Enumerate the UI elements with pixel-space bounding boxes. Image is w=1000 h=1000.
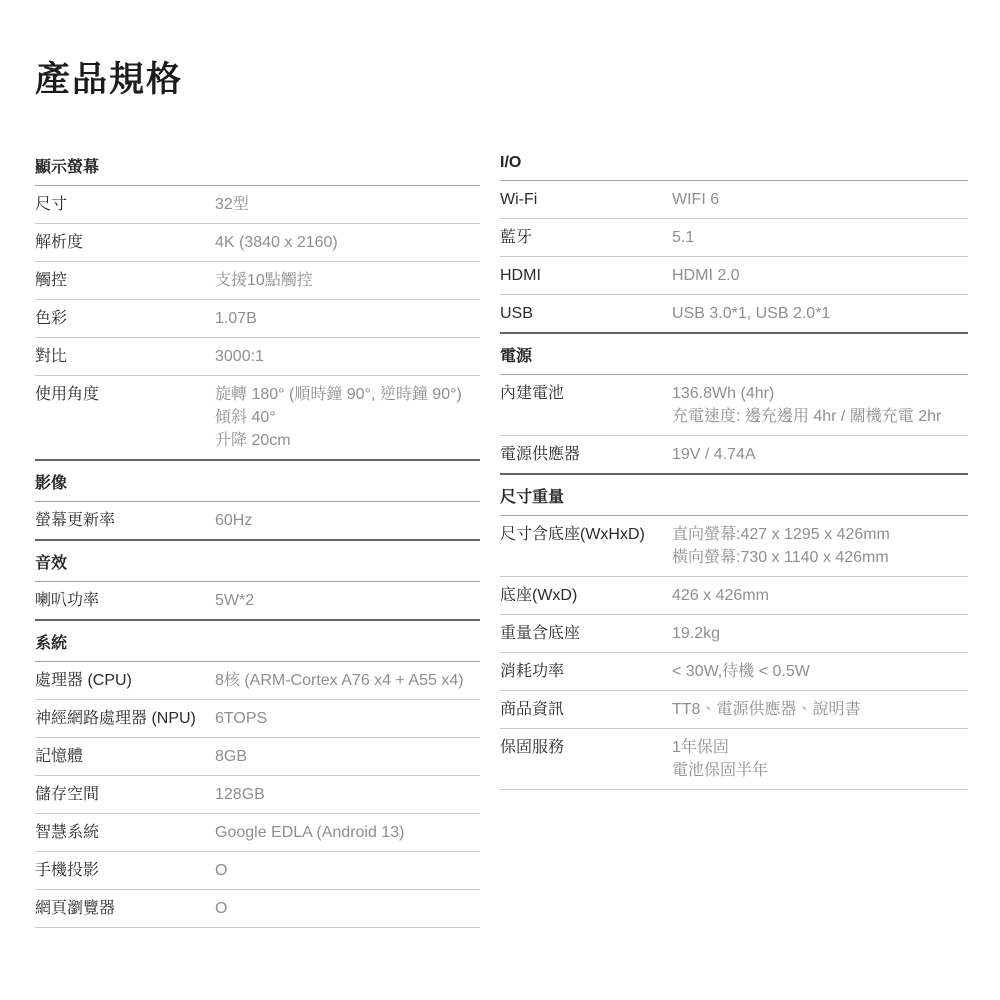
spec-value: 136.8Wh (4hr)充電速度: 邊充邊用 4hr / 關機充電 2hr (672, 382, 968, 428)
spec-row: 儲存空間128GB (35, 776, 480, 814)
spec-value: 8核 (ARM-Cortex A76 x4 + A55 x4) (215, 669, 480, 692)
spec-value-line: Google EDLA (Android 13) (215, 821, 480, 844)
spec-columns: 顯示螢幕尺寸32型解析度4K (3840 x 2160)觸控支援10點觸控色彩1… (35, 145, 970, 928)
spec-row: 商品資訊TT8、電源供應器、說明書 (500, 691, 968, 729)
spec-value: HDMI 2.0 (672, 264, 968, 287)
spec-label: 藍牙 (500, 226, 672, 249)
spec-value-line: 旋轉 180° (順時鐘 90°, 逆時鐘 90°) (215, 383, 480, 406)
spec-row: 尺寸32型 (35, 186, 480, 224)
spec-value: 128GB (215, 783, 480, 806)
spec-row: 內建電池136.8Wh (4hr)充電速度: 邊充邊用 4hr / 關機充電 2… (500, 375, 968, 436)
spec-value-line: HDMI 2.0 (672, 264, 968, 287)
spec-value: 6TOPS (215, 707, 480, 730)
spec-section: 顯示螢幕尺寸32型解析度4K (3840 x 2160)觸控支援10點觸控色彩1… (35, 145, 480, 459)
spec-value: 5.1 (672, 226, 968, 249)
spec-row: 消耗功率< 30W,待機 < 0.5W (500, 653, 968, 691)
spec-value-line: 60Hz (215, 509, 480, 532)
spec-label: 使用角度 (35, 383, 215, 406)
spec-value: 60Hz (215, 509, 480, 532)
spec-value-line: 升降 20cm (215, 429, 480, 452)
spec-label: 尺寸含底座(WxHxD) (500, 523, 672, 546)
section-header: 電源 (500, 332, 968, 375)
spec-value-line: 5W*2 (215, 589, 480, 612)
spec-row: USBUSB 3.0*1, USB 2.0*1 (500, 295, 968, 332)
spec-row: Wi-FiWIFI 6 (500, 181, 968, 219)
spec-value-line: O (215, 859, 480, 882)
spec-label: 內建電池 (500, 382, 672, 405)
spec-value-line: 充電速度: 邊充邊用 4hr / 關機充電 2hr (672, 405, 968, 428)
spec-value: 5W*2 (215, 589, 480, 612)
spec-value: < 30W,待機 < 0.5W (672, 660, 968, 683)
spec-value-line: 4K (3840 x 2160) (215, 231, 480, 254)
spec-column-right: I/OWi-FiWIFI 6藍牙5.1HDMIHDMI 2.0USBUSB 3.… (500, 145, 968, 790)
spec-value: 直向螢幕:427 x 1295 x 426mm橫向螢幕:730 x 1140 x… (672, 523, 968, 569)
spec-value-line: 19.2kg (672, 622, 968, 645)
spec-value-line: 傾斜 40° (215, 406, 480, 429)
spec-label: 處理器 (CPU) (35, 669, 215, 692)
spec-value: 1年保固電池保固半年 (672, 736, 968, 782)
spec-value: 3000:1 (215, 345, 480, 368)
spec-section: 尺寸重量尺寸含底座(WxHxD)直向螢幕:427 x 1295 x 426mm橫… (500, 473, 968, 790)
spec-section: 影像螢幕更新率60Hz (35, 459, 480, 539)
spec-value: 4K (3840 x 2160) (215, 231, 480, 254)
spec-value: 19V / 4.74A (672, 443, 968, 466)
spec-value-line: 橫向螢幕:730 x 1140 x 426mm (672, 546, 968, 569)
spec-section: 電源內建電池136.8Wh (4hr)充電速度: 邊充邊用 4hr / 關機充電… (500, 332, 968, 473)
spec-row: 使用角度旋轉 180° (順時鐘 90°, 逆時鐘 90°)傾斜 40°升降 2… (35, 376, 480, 459)
spec-row: 尺寸含底座(WxHxD)直向螢幕:427 x 1295 x 426mm橫向螢幕:… (500, 516, 968, 577)
spec-value: 旋轉 180° (順時鐘 90°, 逆時鐘 90°)傾斜 40°升降 20cm (215, 383, 480, 452)
spec-value-line: TT8、電源供應器、說明書 (672, 698, 968, 721)
spec-value-line: 426 x 426mm (672, 584, 968, 607)
spec-row: 智慧系統Google EDLA (Android 13) (35, 814, 480, 852)
spec-row: 色彩1.07B (35, 300, 480, 338)
spec-row: 螢幕更新率60Hz (35, 502, 480, 539)
section-header: I/O (500, 145, 968, 181)
spec-label: 觸控 (35, 269, 215, 292)
spec-value-line: 1.07B (215, 307, 480, 330)
spec-value-line: 6TOPS (215, 707, 480, 730)
spec-value: USB 3.0*1, USB 2.0*1 (672, 302, 968, 325)
spec-row: 處理器 (CPU)8核 (ARM-Cortex A76 x4 + A55 x4) (35, 662, 480, 700)
spec-label: 記憶體 (35, 745, 215, 768)
spec-value: 支援10點觸控 (215, 269, 480, 292)
spec-label: 網頁瀏覽器 (35, 897, 215, 920)
spec-label: 智慧系統 (35, 821, 215, 844)
spec-label: 儲存空間 (35, 783, 215, 806)
spec-label: 保固服務 (500, 736, 672, 759)
spec-section: I/OWi-FiWIFI 6藍牙5.1HDMIHDMI 2.0USBUSB 3.… (500, 145, 968, 332)
spec-label: 螢幕更新率 (35, 509, 215, 532)
spec-value: 8GB (215, 745, 480, 768)
section-header: 影像 (35, 459, 480, 502)
spec-value-line: 3000:1 (215, 345, 480, 368)
spec-row: 網頁瀏覽器O (35, 890, 480, 928)
spec-value-line: O (215, 897, 480, 920)
spec-value: O (215, 897, 480, 920)
spec-value: TT8、電源供應器、說明書 (672, 698, 968, 721)
spec-section: 音效喇叭功率5W*2 (35, 539, 480, 619)
spec-row: 重量含底座19.2kg (500, 615, 968, 653)
spec-label: 神經網路處理器 (NPU) (35, 707, 215, 730)
spec-label: 底座(WxD) (500, 584, 672, 607)
spec-label: 對比 (35, 345, 215, 368)
spec-section: 系統處理器 (CPU)8核 (ARM-Cortex A76 x4 + A55 x… (35, 619, 480, 928)
spec-value-line: USB 3.0*1, USB 2.0*1 (672, 302, 968, 325)
spec-value-line: 5.1 (672, 226, 968, 249)
spec-label: 重量含底座 (500, 622, 672, 645)
section-header: 尺寸重量 (500, 473, 968, 516)
spec-label: Wi-Fi (500, 188, 672, 211)
spec-value-line: 支援10點觸控 (215, 269, 480, 292)
spec-value-line: 1年保固 (672, 736, 968, 759)
spec-label: USB (500, 302, 672, 325)
spec-row: 藍牙5.1 (500, 219, 968, 257)
spec-row: 手機投影O (35, 852, 480, 890)
spec-value: WIFI 6 (672, 188, 968, 211)
spec-value-line: 19V / 4.74A (672, 443, 968, 466)
spec-row: 記憶體8GB (35, 738, 480, 776)
spec-value: Google EDLA (Android 13) (215, 821, 480, 844)
spec-value: 19.2kg (672, 622, 968, 645)
spec-row: 電源供應器19V / 4.74A (500, 436, 968, 473)
section-header: 顯示螢幕 (35, 145, 480, 186)
spec-label: 消耗功率 (500, 660, 672, 683)
spec-value-line: 8核 (ARM-Cortex A76 x4 + A55 x4) (215, 669, 480, 692)
spec-row: 對比3000:1 (35, 338, 480, 376)
spec-value-line: 直向螢幕:427 x 1295 x 426mm (672, 523, 968, 546)
spec-row: 觸控支援10點觸控 (35, 262, 480, 300)
spec-row: 底座(WxD)426 x 426mm (500, 577, 968, 615)
spec-label: HDMI (500, 264, 672, 287)
section-header: 音效 (35, 539, 480, 582)
spec-row: 喇叭功率5W*2 (35, 582, 480, 619)
spec-value: O (215, 859, 480, 882)
spec-value-line: 136.8Wh (4hr) (672, 382, 968, 405)
section-header: 系統 (35, 619, 480, 662)
spec-label: 手機投影 (35, 859, 215, 882)
spec-label: 電源供應器 (500, 443, 672, 466)
spec-value-line: < 30W,待機 < 0.5W (672, 660, 968, 683)
spec-row: 解析度4K (3840 x 2160) (35, 224, 480, 262)
spec-row: 神經網路處理器 (NPU)6TOPS (35, 700, 480, 738)
spec-row: 保固服務1年保固電池保固半年 (500, 729, 968, 790)
spec-value-line: WIFI 6 (672, 188, 968, 211)
spec-label: 尺寸 (35, 193, 215, 216)
spec-page: 產品規格 顯示螢幕尺寸32型解析度4K (3840 x 2160)觸控支援10點… (0, 0, 1000, 928)
spec-label: 色彩 (35, 307, 215, 330)
spec-label: 喇叭功率 (35, 589, 215, 612)
spec-value-line: 8GB (215, 745, 480, 768)
spec-label: 解析度 (35, 231, 215, 254)
page-title: 產品規格 (35, 52, 970, 102)
spec-value: 1.07B (215, 307, 480, 330)
spec-row: HDMIHDMI 2.0 (500, 257, 968, 295)
spec-value-line: 32型 (215, 193, 480, 216)
spec-column-left: 顯示螢幕尺寸32型解析度4K (3840 x 2160)觸控支援10點觸控色彩1… (35, 145, 480, 928)
spec-label: 商品資訊 (500, 698, 672, 721)
spec-value-line: 128GB (215, 783, 480, 806)
spec-value: 426 x 426mm (672, 584, 968, 607)
spec-value: 32型 (215, 193, 480, 216)
spec-value-line: 電池保固半年 (672, 759, 968, 782)
